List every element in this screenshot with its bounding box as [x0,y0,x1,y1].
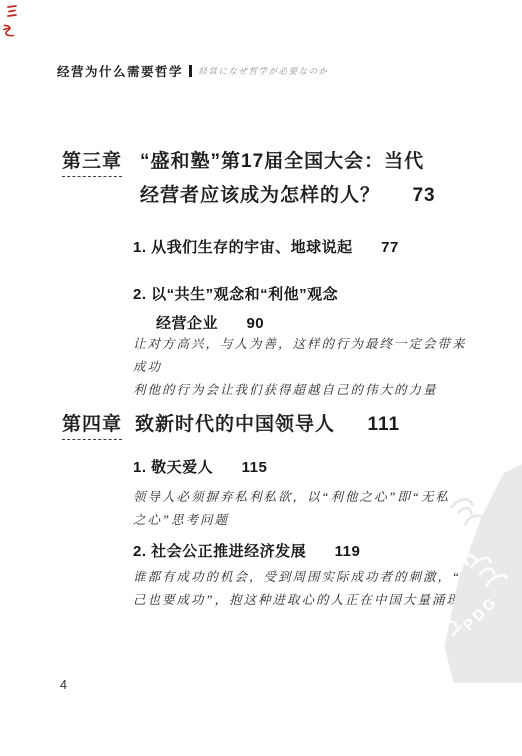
section-3-2-title-line1-row: 2. 以“共生”观念和“利他”观念 [133,283,338,304]
red-pen-mark-icon [6,4,18,18]
chapter3-title-line1-row: “盛和塾”第17届全国大会：当代 [140,146,424,173]
section-4-2-title: 2. 社会公正推进经济发展 [133,543,306,560]
chapter3-label: 第三章 [62,146,122,177]
chapter3-heading-row: 第三章 [62,146,122,177]
section-4-1-page-number: 115 [242,459,268,476]
section-3-2-note-line: 利他的行为会让我们获得超越自己的伟大的力量 [133,380,438,398]
section-3-2-note-line: 让对方高兴，与人为善，这样的行为最终一定会带来 [133,334,467,352]
book-title: 经营为什么需要哲学 [57,62,183,80]
book-subtitle-japanese: 経営になぜ哲学が必要なのか [199,65,329,77]
chapter3-title-line2: 经营者应该成为怎样的人？ [140,185,380,206]
section-4-1-note-line: 领导人必须摒弃私利私欲，以“利他之心”即“无私 [133,487,450,505]
chapter4-title-row: 致新时代的中国领导人 111 [135,409,400,436]
seal-script-glyph-icon [443,487,494,539]
chapter3-title-line2-row: 经营者应该成为怎样的人？ 73 [140,180,436,207]
section-4-2-page-number: 119 [335,543,361,560]
section-4-1-title: 1. 敬天爱人 [133,459,213,476]
chapter3-title-line1: “盛和塾”第17届全国大会：当代 [140,151,424,172]
section-3-1-title: 1. 从我们生存的宇宙、地球说起 [133,239,353,256]
section-3-2-title-line2-row: 经营企业 90 [156,312,264,333]
chapter4-title: 致新时代的中国领导人 [135,414,335,435]
chapter4-heading-row: 第四章 [62,409,122,440]
book-toc-page: 经营为什么需要哲学 経営になぜ哲学が必要なのか 第三章 “盛和塾”第17届全国大… [0,0,522,756]
section-3-2-title-line1: 2. 以“共生”观念和“利他”观念 [133,286,338,303]
section-3-2-note-line: 成功 [133,357,162,375]
folio-page-number: 4 [60,678,67,692]
chapter3-page-number: 73 [412,185,435,206]
section-4-2-note-line: 己也要成功”，抱这种进取心的人正在中国大量涌现 [133,590,461,608]
red-pen-mark-icon [1,22,16,39]
chapter4-label: 第四章 [62,409,122,440]
header-divider-bar [189,65,192,77]
section-3-1-row: 1. 从我们生存的宇宙、地球说起 77 [133,236,399,257]
section-3-2-title-line2: 经营企业 [156,315,218,332]
running-header: 经营为什么需要哲学 経営になぜ哲学が必要なのか [57,62,329,80]
section-3-1-page-number: 77 [381,239,399,256]
chapter4-page-number: 111 [367,414,400,435]
watermark-pdg-label: PDG [460,593,501,634]
section-4-1-note-line: 之心”思考问题 [133,510,229,528]
section-4-2-row: 2. 社会公正推进经济发展 119 [133,540,360,561]
section-4-1-row: 1. 敬天爱人 115 [133,456,267,477]
section-4-2-note-line: 谁都有成功的机会，受到周围实际成功者的刺激，“自 [133,567,475,585]
section-3-2-page-number: 90 [246,315,264,332]
